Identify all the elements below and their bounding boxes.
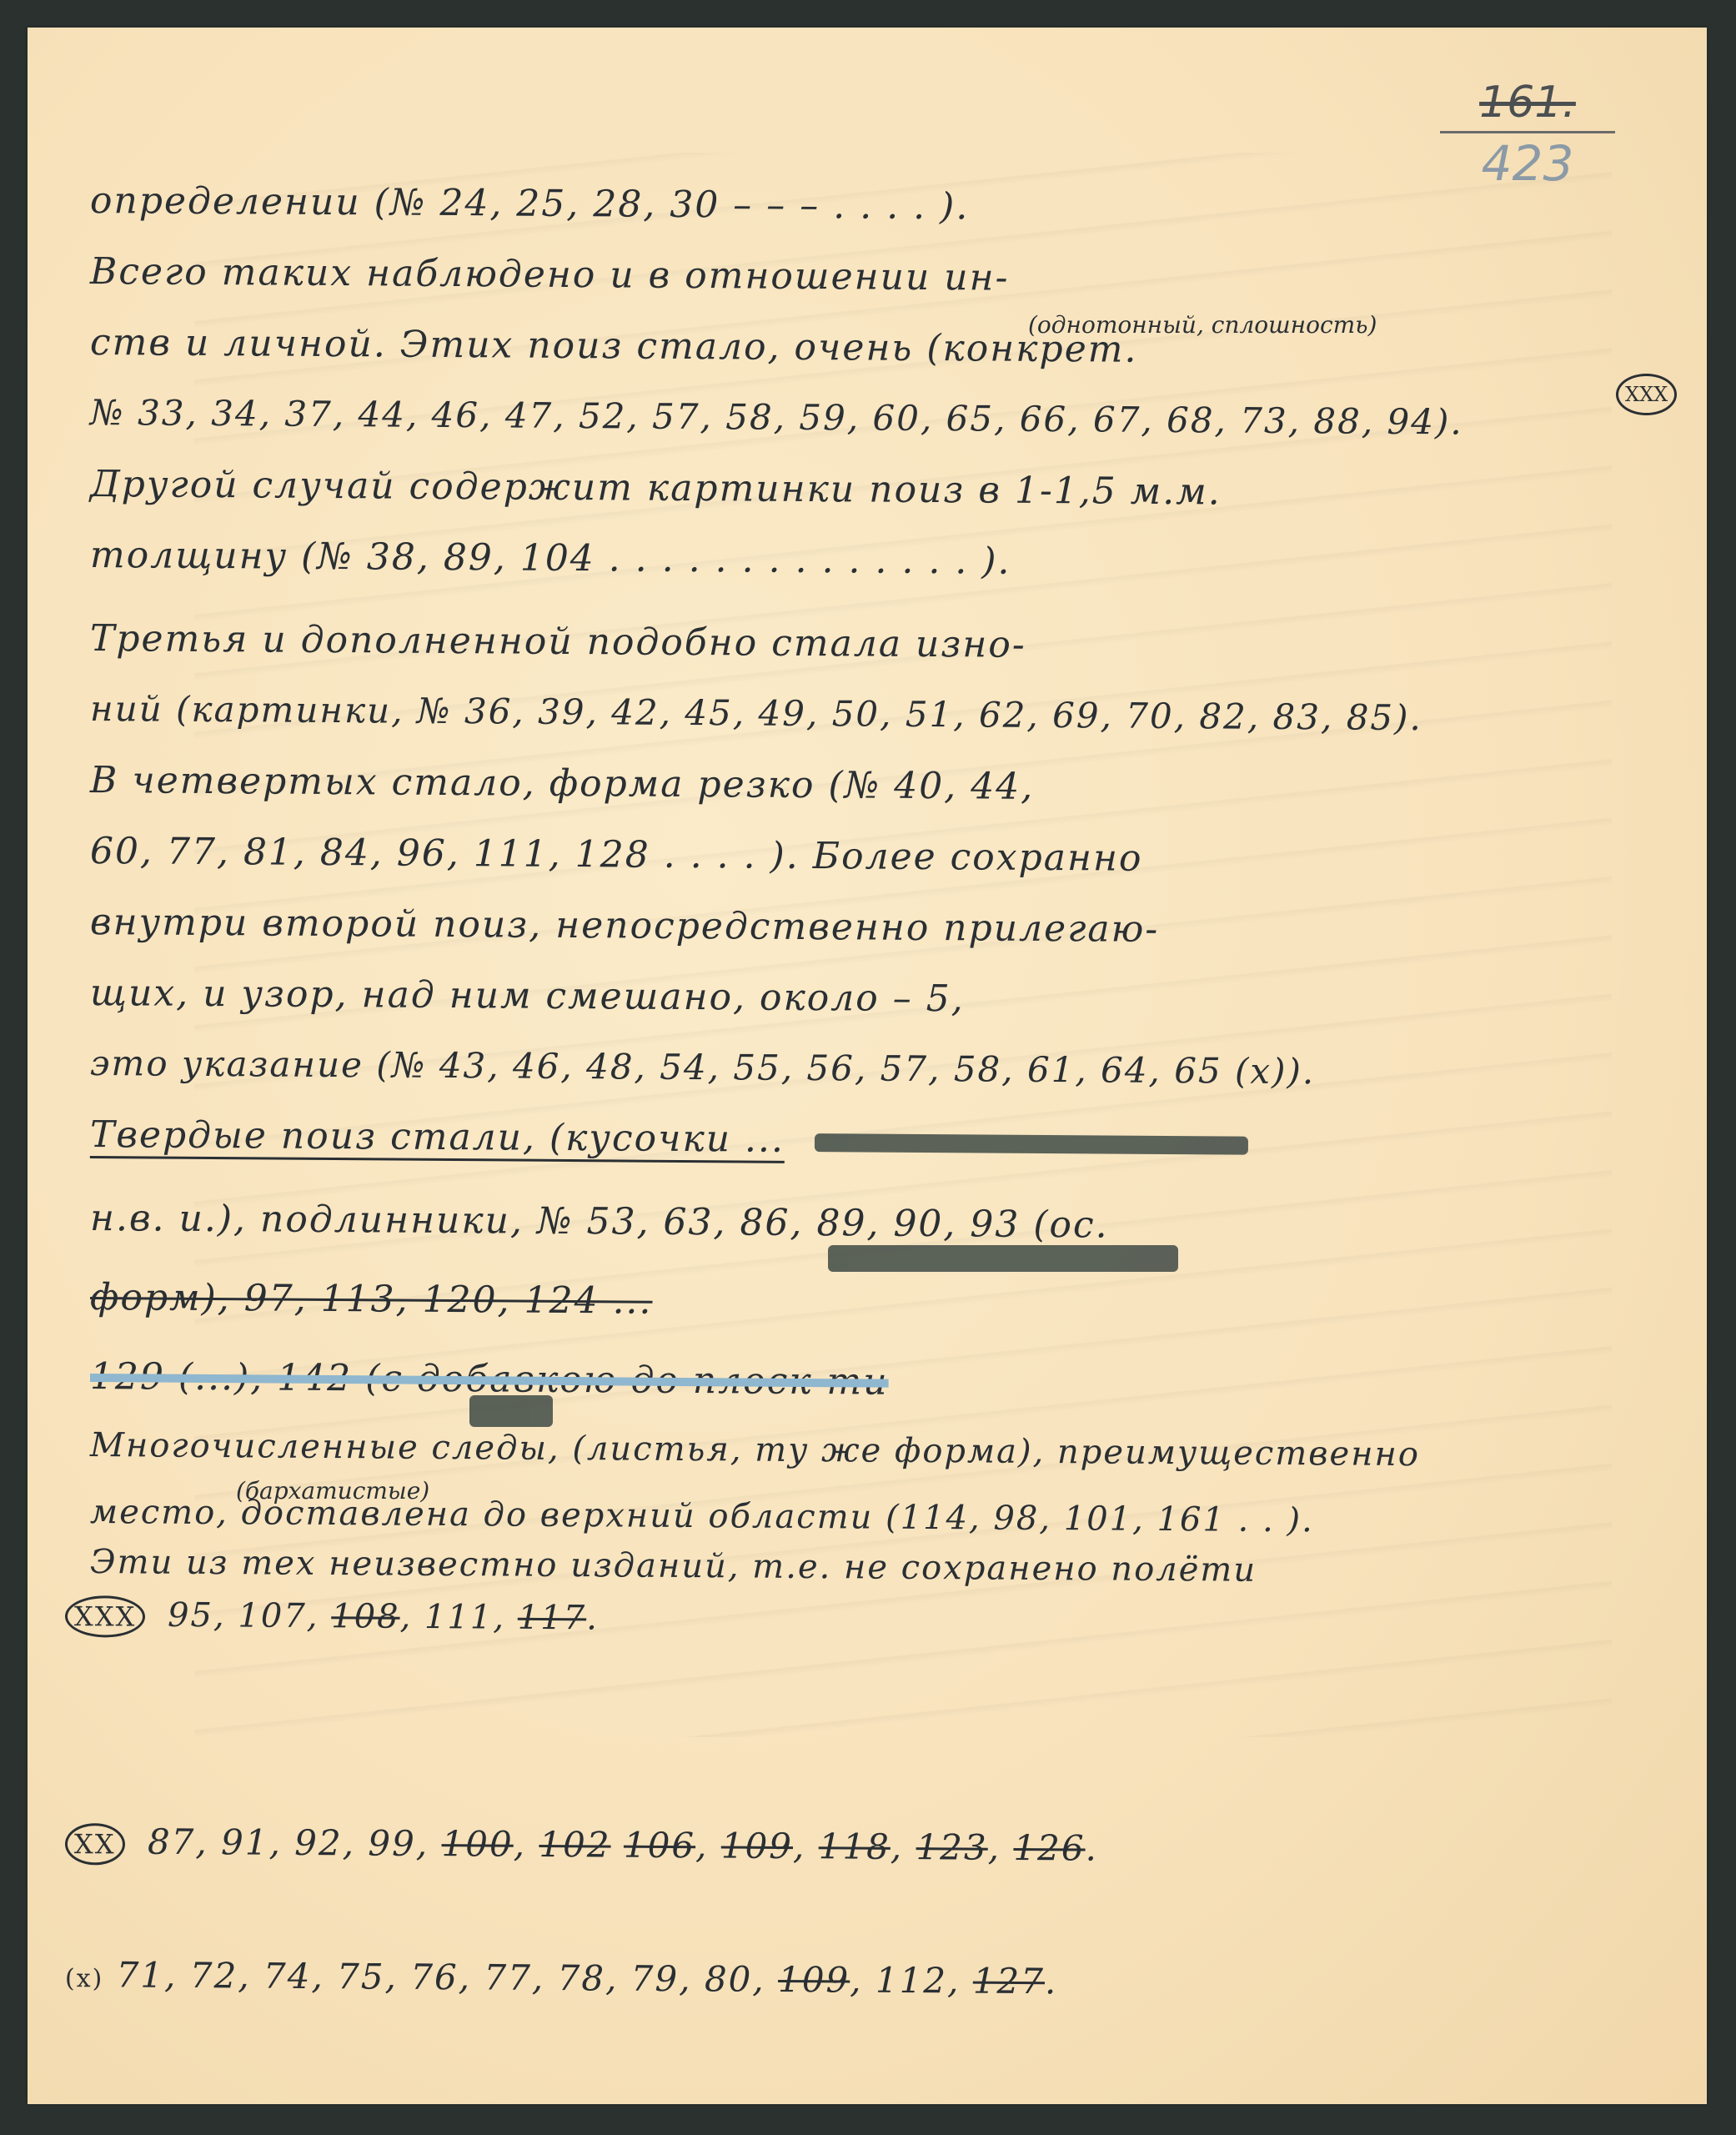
text-line-7: Третья и дополненной подобно стала изно- bbox=[90, 617, 1026, 666]
text-line-12: щих, и узор, над ним смешано, около – 5, bbox=[90, 972, 965, 1020]
folio-number: 161. 423 bbox=[1440, 78, 1615, 192]
text-line-16: форм), 97, 113, 120, 124 ... bbox=[90, 1276, 653, 1323]
text-line-6: толщину (№ 38, 89, 104 . . . . . . . . .… bbox=[90, 534, 1011, 583]
xxx-marker: XXX bbox=[65, 1595, 146, 1638]
folio-divider bbox=[1440, 131, 1615, 133]
text-line-8: ний (картинки, № 36, 39, 42, 45, 49, 50,… bbox=[90, 688, 1422, 738]
text-line-13: это указание (№ 43, 46, 48, 54, 55, 56, … bbox=[90, 1042, 1316, 1092]
text-line-1: определении (№ 24, 25, 28, 30 – – – . . … bbox=[90, 179, 970, 228]
manuscript-page: 161. 423 определении (№ 24, 25, 28, 30 –… bbox=[28, 28, 1707, 2104]
text-line-3: ств и личной. Этих поиз стало, очень (ко… bbox=[90, 321, 1138, 371]
text-line-14: Твердые поиз стали, (кусочки ... x bbox=[90, 1113, 1248, 1164]
ink-smudge: x bbox=[815, 1133, 1248, 1155]
text-line-15: н.в. и.), подлинники, № 53, 63, 86, 89, … bbox=[90, 1197, 1109, 1247]
x-marker: (x) bbox=[65, 1964, 104, 1993]
ink-smudge-2: x bbox=[828, 1245, 1178, 1272]
xxx-list: XXX 95, 107, 108, 111, 117. bbox=[65, 1595, 599, 1640]
text-line-5: Другой случай содержит картинки поиз в 1… bbox=[90, 463, 1222, 513]
text-line-20: Эти из тех неизвестно изданий, т.е. не с… bbox=[90, 1543, 1257, 1590]
text-line-10: 60, 77, 81, 84, 96, 111, 128 . . . . ). … bbox=[90, 830, 1143, 880]
xx-marker: XX bbox=[65, 1823, 125, 1865]
text-line-2: Всего таких наблюдено и в отношении ин- bbox=[90, 250, 1010, 299]
folio-old-number: 161. bbox=[1440, 78, 1615, 128]
x-list: (x) 71, 72, 74, 75, 76, 77, 78, 79, 80, … bbox=[65, 1954, 1058, 2002]
xx-list: XX 87, 91, 92, 99, 100, 102 106, 109, 11… bbox=[65, 1821, 1098, 1872]
folio-new-number: 423 bbox=[1440, 135, 1615, 192]
text-line-9: В четвертых стало, форма резко (№ 40, 44… bbox=[90, 759, 1035, 808]
ink-blot: x bbox=[469, 1395, 553, 1427]
text-line-11: внутри второй поиз, непосредственно прил… bbox=[90, 901, 1160, 951]
text-line-4: № 33, 34, 37, 44, 46, 47, 52, 57, 58, 59… bbox=[90, 392, 1463, 442]
xxx-marker-top: XXX bbox=[1616, 374, 1687, 415]
text-line-18: Многочисленные следы, (листья, ту же фор… bbox=[90, 1426, 1420, 1474]
text-line-19: место, доставлена до верхний области (11… bbox=[90, 1493, 1314, 1540]
